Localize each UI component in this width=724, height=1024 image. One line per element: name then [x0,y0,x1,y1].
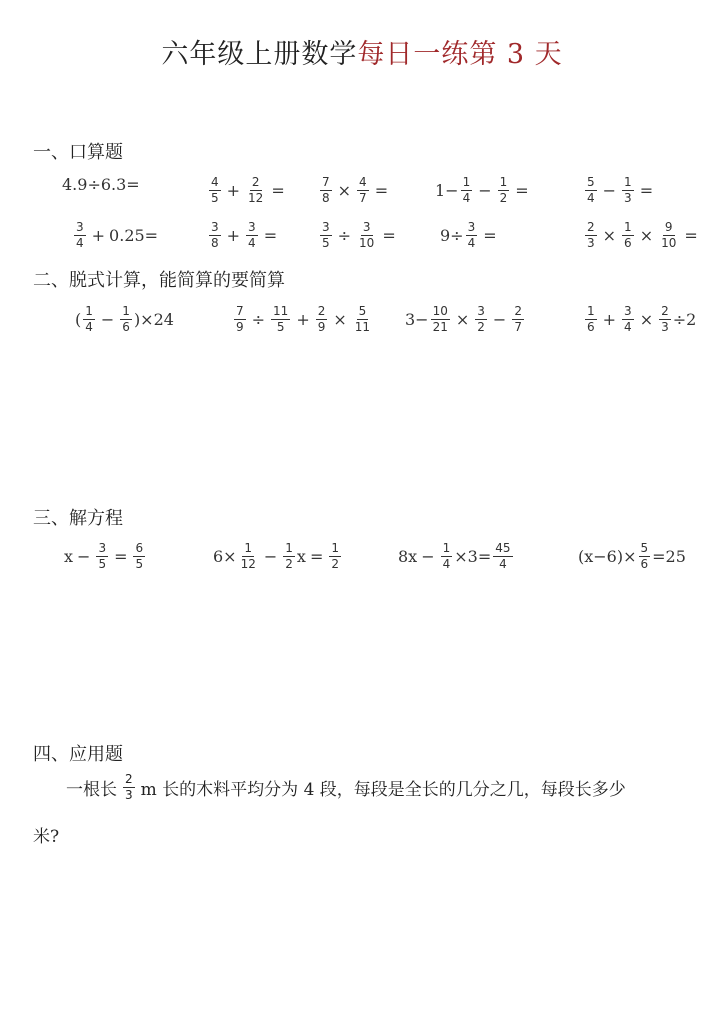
expr-text: ÷2 [673,310,697,329]
expr-text: x [64,547,73,566]
fraction: 34 [622,304,634,335]
expr-text: − [264,547,277,566]
math-expression: 6×112−12x=12 [213,541,343,572]
fraction: 56 [639,541,651,572]
math-expression: 23×16×910= [583,220,702,251]
fraction: 14 [441,541,453,572]
expr-text: − [77,547,90,566]
expr-text: + [603,310,616,329]
expr-text: ( [75,310,81,329]
word-problem-prefix: 一根长 [66,775,117,800]
section-heading-equations: 三、解方程 [33,504,123,530]
math-expression: 38+34= [207,220,281,251]
expr-text: − [493,310,506,329]
expr-text: × [603,226,616,245]
fraction: 78 [320,175,332,206]
math-expression: 8x−14×3=454 [398,541,515,572]
word-problem-fraction: 2 3 [123,772,135,803]
fraction: 454 [493,541,512,572]
fraction: 32 [475,304,487,335]
worksheet-title: 六年级上册数学每日一练第 3 天 [0,32,724,71]
expr-text: 0.25= [109,226,158,245]
expr-text: = [684,226,697,245]
math-expression: 4.9÷6.3= [62,175,140,194]
expr-text: x [297,547,306,566]
math-expression: 9÷34= [440,220,501,251]
fraction: 16 [120,304,132,335]
expr-text: 4.9÷6.3= [62,175,140,194]
fraction: 34 [246,220,258,251]
expr-text: + [92,226,105,245]
expr-text: = [375,181,388,200]
fraction: 47 [357,175,369,206]
expr-text: 3− [405,310,429,329]
title-black: 六年级上册数学 [161,39,357,70]
fraction: 12 [329,541,341,572]
math-expression: 16+34×23÷2 [583,304,696,335]
expr-text: + [227,181,240,200]
expr-text: × [456,310,469,329]
expr-text: = [483,226,496,245]
expr-text: + [227,226,240,245]
expr-text: ÷ [252,310,265,329]
fraction: 14 [83,304,95,335]
math-expression: 34+0.25= [72,220,158,251]
fraction: 16 [622,220,634,251]
math-expression: 78×47= [318,175,392,206]
fraction: 12 [498,175,510,206]
fraction: 29 [316,304,328,335]
expr-text: )×24 [134,310,174,329]
section-heading-stepwise: 二、脱式计算，能简算的要简算 [33,266,285,292]
expr-text: × [333,310,346,329]
math-expression: (x−6)×56=25 [578,541,686,572]
section-heading-word-problem: 四、应用题 [33,740,123,766]
expr-text: ×3= [454,547,491,566]
expr-text: (x−6)× [578,547,637,566]
expr-text: − [421,547,434,566]
fraction: 115 [271,304,290,335]
fraction: 16 [585,304,597,335]
fraction: 13 [622,175,634,206]
expr-text: 6× [213,547,237,566]
word-problem-line2: 米? [33,822,59,847]
expr-text: × [338,181,351,200]
expr-text: + [296,310,309,329]
fraction: 23 [585,220,597,251]
expr-text: 9÷ [440,226,464,245]
fraction: 112 [239,541,258,572]
fraction: 212 [246,175,265,206]
fraction: 910 [659,220,678,251]
expr-text: = [310,547,323,566]
math-expression: 3−1021×32−27 [405,304,526,335]
expr-text: ÷ [338,226,351,245]
fraction: 38 [209,220,221,251]
expr-text: − [101,310,114,329]
fraction: 310 [357,220,376,251]
expr-text: = [271,181,284,200]
expr-text: × [640,226,653,245]
fraction: 511 [353,304,372,335]
fraction: 35 [96,541,108,572]
math-expression: 45+212= [207,175,289,206]
expr-text: × [640,310,653,329]
expr-text: − [603,181,616,200]
expr-text: = [515,181,528,200]
fraction: 14 [461,175,473,206]
fraction: 35 [320,220,332,251]
expr-text: = [114,547,127,566]
math-expression: 35÷310= [318,220,400,251]
math-expression: x−35=65 [64,541,147,572]
math-expression: (14−16)×24 [75,304,174,335]
fraction: 12 [283,541,295,572]
expr-text: =25 [652,547,686,566]
fraction: 23 [659,304,671,335]
expr-text: = [264,226,277,245]
expr-text: 8x [398,547,417,566]
fraction: 34 [74,220,86,251]
fraction: 54 [585,175,597,206]
title-red: 每日一练第 3 天 [357,39,562,70]
fraction: 27 [512,304,524,335]
math-expression: 54−13= [583,175,657,206]
fraction: 45 [209,175,221,206]
word-problem-line1: 一根长 2 3 m 长的木料平均分为 4 段，每段是全长的几分之几，每段长多少 [66,772,626,803]
expr-text: − [478,181,491,200]
math-expression: 1−14−12= [435,175,533,206]
expr-text: 1− [435,181,459,200]
fraction: 65 [133,541,145,572]
expr-text: = [382,226,395,245]
math-expression: 79÷115+29×511 [232,304,374,335]
fraction: 79 [234,304,246,335]
expr-text: = [640,181,653,200]
section-heading-oral: 一、口算题 [33,138,123,164]
fraction: 1021 [431,304,450,335]
word-problem-suffix: m 长的木料平均分为 4 段，每段是全长的几分之几，每段长多少 [141,775,626,800]
fraction: 34 [466,220,478,251]
